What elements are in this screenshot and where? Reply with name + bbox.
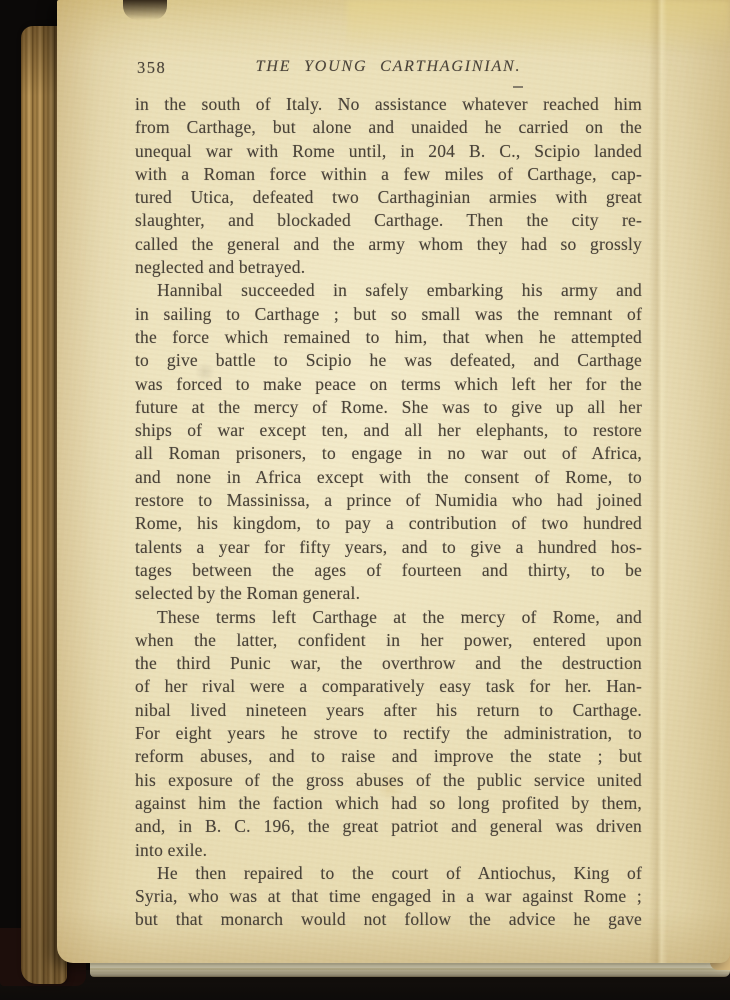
text-line: ships of war except ten, and all her ele…: [135, 419, 642, 442]
book-page: 358 THE YOUNG CARTHAGINIAN. in the south…: [57, 0, 730, 963]
paragraph: He then repaired to the court of Antioch…: [135, 862, 642, 932]
running-title: THE YOUNG CARTHAGINIAN.: [135, 57, 642, 76]
text-line: future at the mercy of Rome. She was to …: [135, 396, 642, 419]
text-line: For eight years he strove to rectify the…: [135, 722, 642, 745]
page-body: in the south of Italy. No assistance wha…: [135, 93, 642, 932]
page-header: 358 THE YOUNG CARTHAGINIAN.: [135, 57, 642, 81]
text-line: neglected and betrayed.: [135, 256, 642, 279]
text-line: and, in B. C. 196, the great patriot and…: [135, 815, 642, 838]
page-number: 358: [137, 58, 166, 78]
text-line: the force which remained to him, that wh…: [135, 326, 642, 349]
text-line: with a Roman force within a few miles of…: [135, 163, 642, 186]
paragraph: These terms left Carthage at the mercy o…: [135, 606, 642, 862]
paragraph: in the south of Italy. No assistance wha…: [135, 93, 642, 279]
text-line: of her rival were a comparatively easy t…: [135, 675, 642, 698]
text-line: in the south of Italy. No assistance wha…: [135, 93, 642, 116]
paragraph: Hannibal succeeded in safely embarking h…: [135, 279, 642, 605]
text-line: reform abuses, and to raise and improve …: [135, 745, 642, 768]
text-line: Rome, his kingdom, to pay a contribution…: [135, 512, 642, 535]
text-line: tured Utica, defeated two Carthaginian a…: [135, 186, 642, 209]
text-line: in sailing to Carthage ; but so small wa…: [135, 303, 642, 326]
text-line: Syria, who was at that time engaged in a…: [135, 885, 642, 908]
text-line: He then repaired to the court of Antioch…: [135, 862, 642, 885]
text-line: to give battle to Scipio he was defeated…: [135, 349, 642, 372]
text-line: but that monarch would not follow the ad…: [135, 908, 642, 931]
text-line: from Carthage, but alone and unaided he …: [135, 116, 642, 139]
text-line: when the latter, confident in her power,…: [135, 629, 642, 652]
spine-shadow: [123, 0, 167, 20]
text-line: Hannibal succeeded in safely embarking h…: [135, 279, 642, 302]
page-crease: [649, 0, 667, 963]
text-line: called the general and the army whom the…: [135, 233, 642, 256]
text-line: restore to Massinissa, a prince of Numid…: [135, 489, 642, 512]
text-line: was forced to make peace on terms which …: [135, 373, 642, 396]
text-line: selected by the Roman general.: [135, 582, 642, 605]
text-line: These terms left Carthage at the mercy o…: [135, 606, 642, 629]
text-line: talents a year for fifty years, and to g…: [135, 536, 642, 559]
text-line: tages between the ages of fourteen and t…: [135, 559, 642, 582]
text-line: the third Punic war, the overthrow and t…: [135, 652, 642, 675]
page-content: 358 THE YOUNG CARTHAGINIAN. in the south…: [135, 57, 642, 932]
text-line: all Roman prisoners, to engage in no war…: [135, 442, 642, 465]
text-line: his exposure of the gross abuses of the …: [135, 769, 642, 792]
text-line: against him the faction which had so lon…: [135, 792, 642, 815]
text-line: and none in Africa except with the conse…: [135, 466, 642, 489]
photo-background: 358 THE YOUNG CARTHAGINIAN. in the south…: [0, 0, 730, 1000]
page-top-highlight: [347, 0, 730, 52]
text-line: slaughter, and blockaded Carthage. Then …: [135, 209, 642, 232]
print-artifact-dash: [513, 86, 523, 88]
text-line: unequal war with Rome until, in 204 B. C…: [135, 140, 642, 163]
text-line: nibal lived nineteen years after his ret…: [135, 699, 642, 722]
text-line: into exile.: [135, 839, 642, 862]
